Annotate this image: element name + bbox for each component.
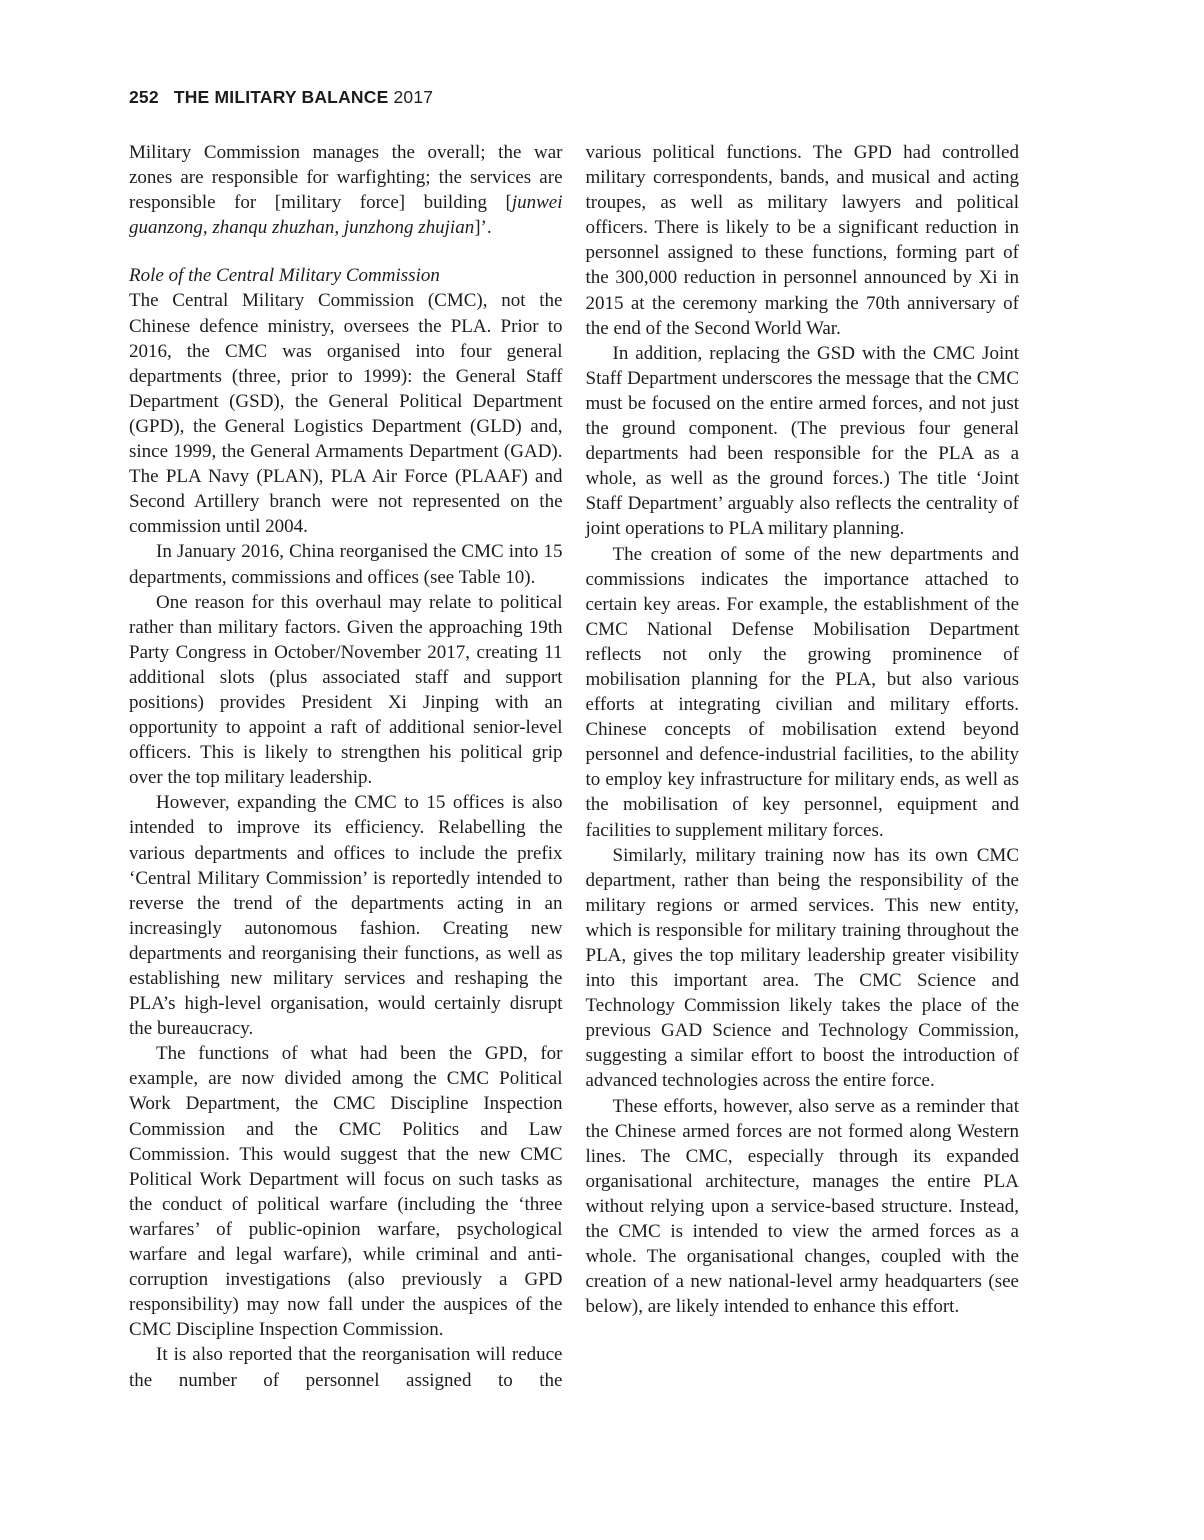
paragraph: Similarly, military training now has its… <box>586 843 1020 1094</box>
page-number: 252 <box>129 87 159 107</box>
body-text: In addition, replacing the GSD with the … <box>586 343 1020 540</box>
body-text: These efforts, however, also serve as a … <box>586 1096 1020 1318</box>
column-left: Military Commission manages the overall;… <box>129 140 563 1393</box>
body-text: The functions of what had been the GPD, … <box>129 1043 563 1340</box>
body-text: In January 2016, China reorganised the C… <box>129 541 563 587</box>
paragraph: various political functions. The GPD had… <box>586 140 1020 341</box>
body-text: Military Commission manages the overall;… <box>129 142 563 213</box>
section-heading: Role of the Central Military Commission <box>129 263 563 288</box>
body-text: However, expanding the CMC to 15 offices… <box>129 792 563 1039</box>
paragraph: These efforts, however, also serve as a … <box>586 1094 1020 1320</box>
paragraph: In addition, replacing the GSD with the … <box>586 341 1020 542</box>
paragraph: Military Commission manages the overall;… <box>129 140 563 240</box>
book-title: THE MILITARY BALANCE <box>174 87 389 107</box>
paragraph: The Central Military Commission (CMC), n… <box>129 288 563 539</box>
body-text: The creation of some of the new departme… <box>586 544 1020 841</box>
paragraph: In January 2016, China reorganised the C… <box>129 539 563 589</box>
book-page: 252THE MILITARY BALANCE2017 Military Com… <box>0 0 1204 1540</box>
paragraph: It is also reported that the reorganisat… <box>129 1342 563 1392</box>
body-text: Similarly, military training now has its… <box>586 845 1020 1092</box>
body-text: It is also reported that the reorganisat… <box>129 1344 563 1390</box>
paragraph: One reason for this overhaul may relate … <box>129 590 563 791</box>
body-text: various political functions. The GPD had… <box>586 142 1020 339</box>
body-text: The Central Military Commission (CMC), n… <box>129 290 563 537</box>
paragraph: The functions of what had been the GPD, … <box>129 1041 563 1342</box>
edition-year: 2017 <box>393 87 433 107</box>
paragraph: However, expanding the CMC to 15 offices… <box>129 790 563 1041</box>
column-right: various political functions. The GPD had… <box>586 140 1020 1393</box>
paragraph: The creation of some of the new departme… <box>586 542 1020 843</box>
body-text: ]’. <box>474 217 491 238</box>
body-text: One reason for this overhaul may relate … <box>129 592 563 789</box>
running-header: 252THE MILITARY BALANCE2017 <box>129 87 433 108</box>
text-columns: Military Commission manages the overall;… <box>129 140 1019 1393</box>
